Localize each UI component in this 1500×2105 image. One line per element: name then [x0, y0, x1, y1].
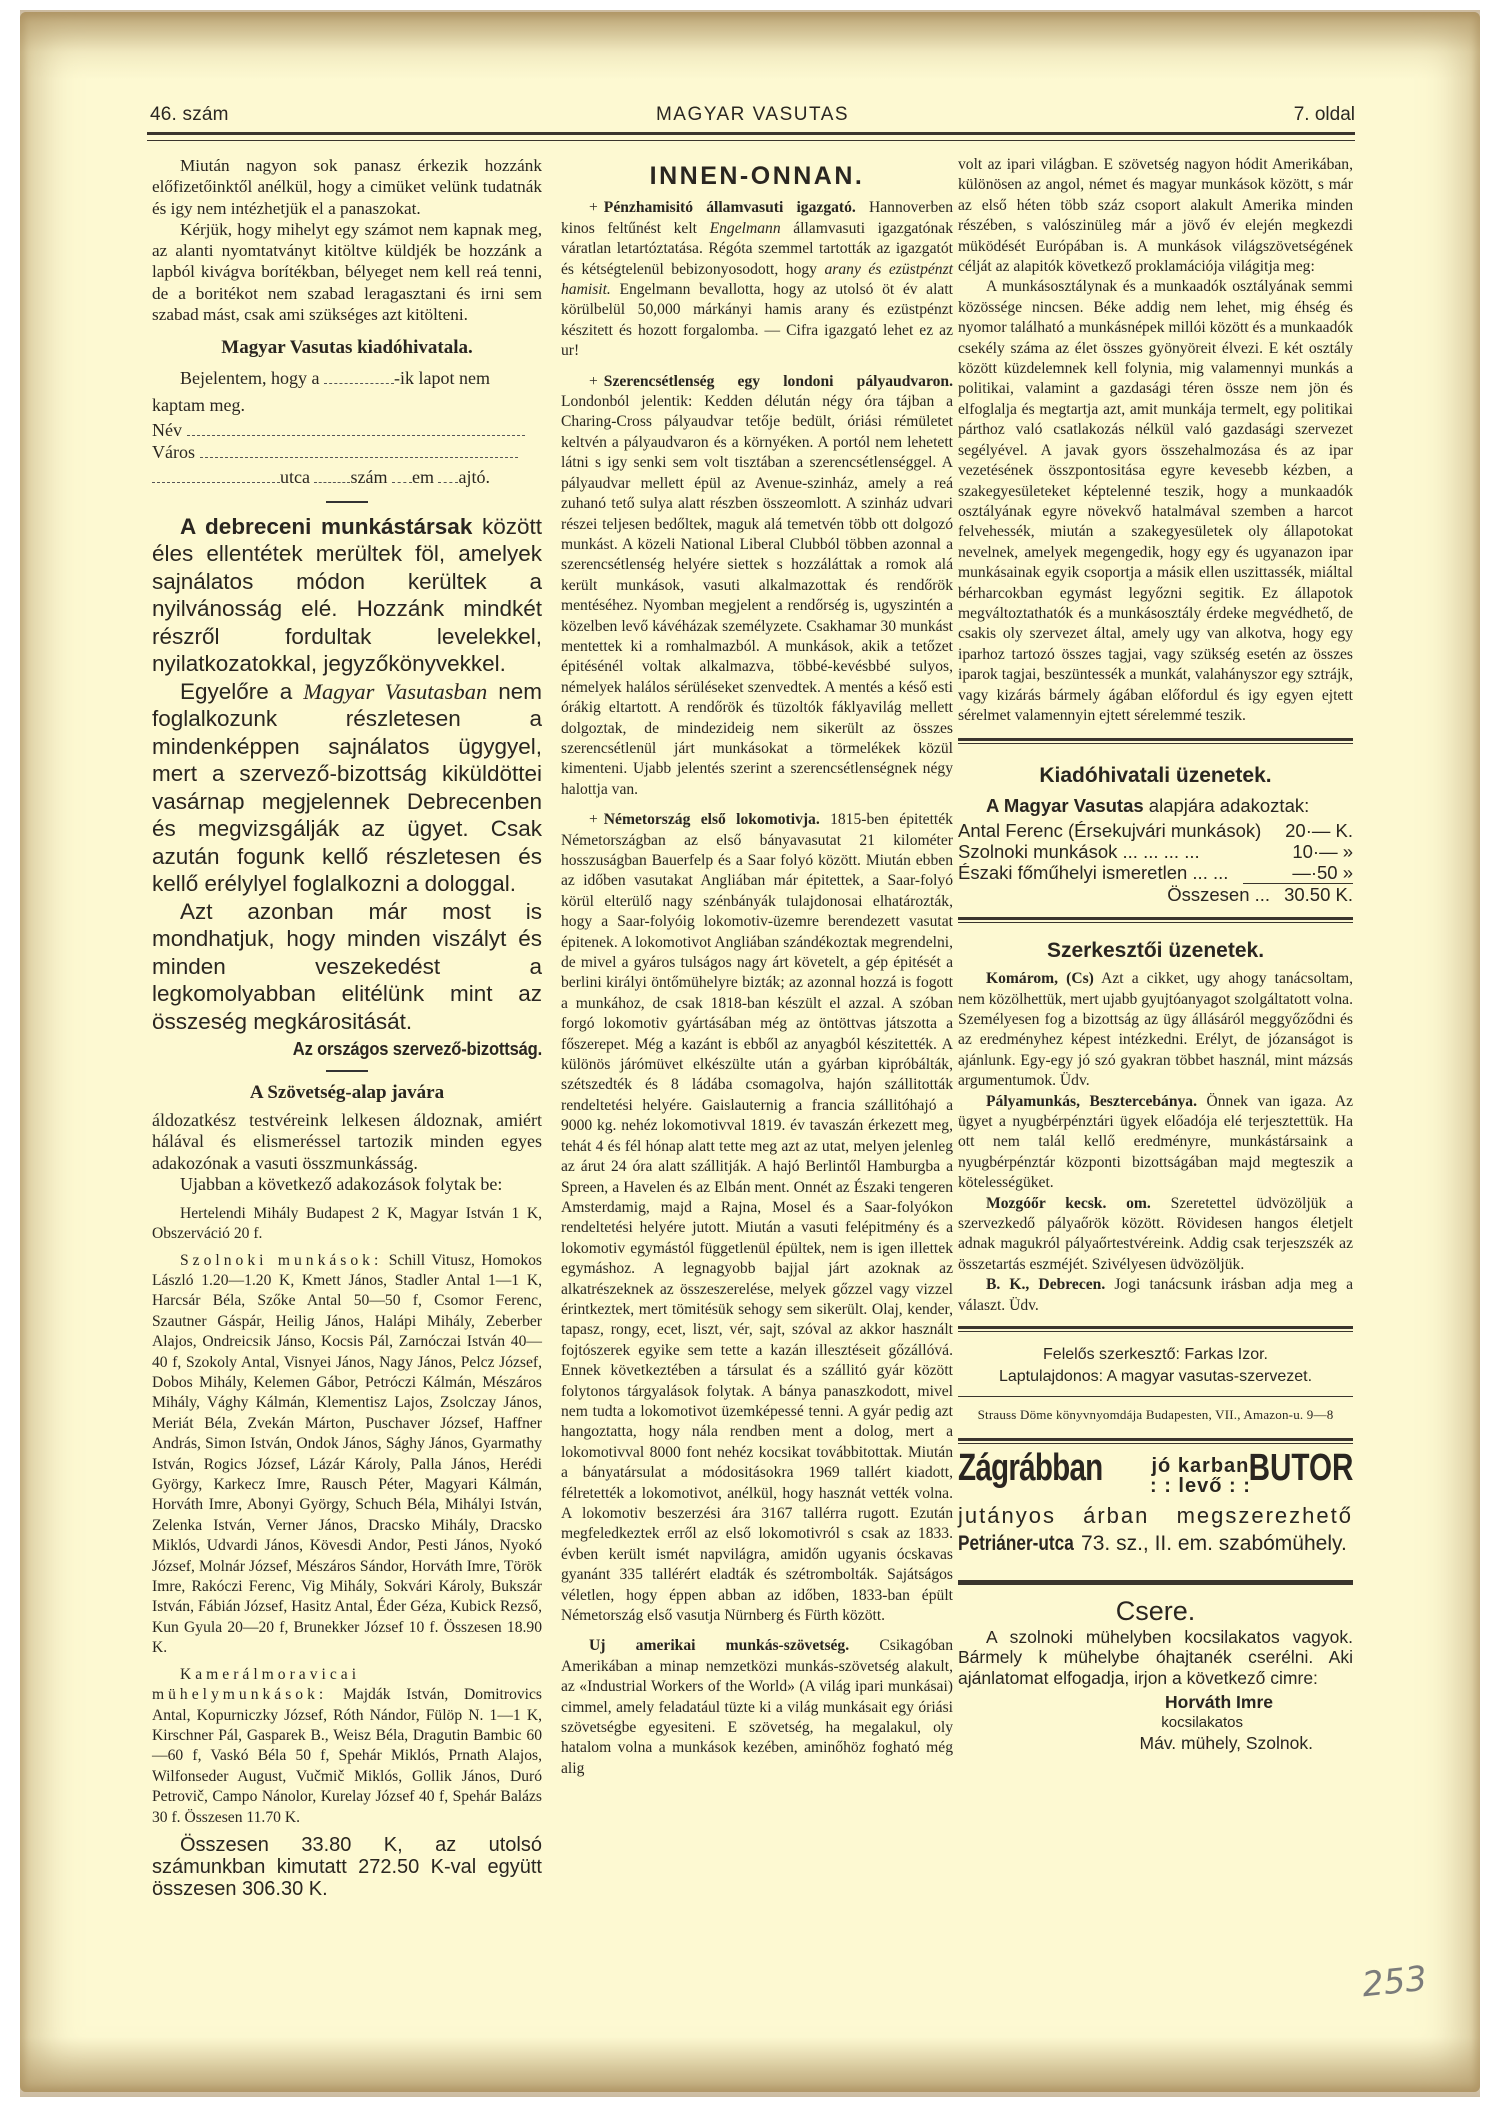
form-heading: Magyar Vasutas kiadóhivatala. — [152, 337, 542, 358]
publisher-messages-heading: Kiadóhivatali üzenetek. — [958, 766, 1353, 786]
separator — [326, 501, 368, 503]
ledger-total: 30.50 K. — [1284, 884, 1353, 905]
exchange-address: Máv. mühely, Szolnok. — [958, 1733, 1353, 1754]
section-rule — [958, 1438, 1353, 1444]
ledger-row: Szolnoki munkások ... ... ... ...10·— » — [958, 841, 1353, 862]
editor-message: Komárom, (Cs) Azt a cikket, ugy ahogy ta… — [958, 969, 1353, 1091]
archive-pencil-number: 253 — [1360, 1959, 1429, 2006]
ledger-row: Északi főműhelyi ismeretlen ... ...—·50 … — [958, 862, 1353, 883]
complaint-form: Bejelentem, hogy a -ik lapot nem kaptam … — [152, 365, 542, 491]
ad-rule — [958, 1580, 1353, 1585]
cross-icon: + — [589, 373, 598, 390]
fund-heading: A Szövetség-alap javára — [152, 1082, 542, 1103]
exchange-role: kocsilakatos — [958, 1713, 1353, 1734]
issue-blank — [324, 369, 394, 384]
ledger-row: Antal Ferenc (Érsekujvári munkások)20·— … — [958, 820, 1353, 841]
furniture-advertisement: Zágrábban jó karban: : levő : : BUTOR ju… — [958, 1458, 1353, 1568]
debrecen-article: A debreceni munkástársak között éles ell… — [152, 513, 542, 1036]
exchange-name: Horváth Imre — [958, 1692, 1353, 1713]
exchange-notice: A szolnoki mühelyben kocsilakatos vagyok… — [958, 1627, 1353, 1754]
article-london-accident: +Szerencsétlenség egy londoni pályaudvar… — [561, 372, 953, 801]
editor-message: Mozgóőr kecsk. om. Szeretettel üdvözöljü… — [958, 1194, 1353, 1276]
name-blank — [187, 421, 525, 436]
name-label: Név — [152, 420, 182, 440]
editor-messages-heading: Szerkesztői üzenetek. — [958, 941, 1353, 961]
article-first-locomotive: +Németország első lokomotivja. 1815-ben … — [561, 810, 953, 1626]
section-rule — [958, 1326, 1353, 1332]
article-iww: Uj amerikai munkás-szövetség. Csikagóban… — [561, 1636, 953, 1779]
exchange-heading: Csere. — [958, 1601, 1353, 1621]
cross-icon: + — [589, 199, 598, 216]
separator — [326, 1070, 368, 1072]
donation-list: Hertelendi Mihály Budapest 2 K, Magyar I… — [152, 1204, 542, 1828]
donation-ledger: A Magyar Vasutas alapjára adakoztak: Ant… — [958, 795, 1353, 905]
imprint: Felelős szerkesztő: Farkas Izor. Laptula… — [958, 1344, 1353, 1388]
subscriber-notice-p2: Kérjük, hogy mihelyt egy számot nem kapn… — [152, 219, 542, 325]
column-1: Miután nagyon sok panasz érkezik hozzánk… — [152, 155, 542, 1900]
article-counterfeiter: +Pénzhamisitó államvasuti igazgató. Hann… — [561, 198, 953, 361]
page-header: 46. szám MAGYAR VASUTAS 7. oldal — [150, 100, 1355, 134]
fund-intro: áldozatkész testvéreink lelkesen áldozna… — [152, 1110, 542, 1175]
subscriber-notice-p1: Miután nagyon sok panasz érkezik hozzánk… — [152, 155, 542, 219]
editor-message: Pályamunkás, Besztercebánya. Önnek van i… — [958, 1092, 1353, 1194]
iww-continuation: volt az ipari világban. E szövetség nagy… — [958, 155, 1353, 277]
section-rule — [958, 917, 1353, 923]
section-heading: INNEN-ONNAN. — [561, 166, 953, 186]
section-rule — [958, 738, 1353, 744]
city-label: Város — [152, 442, 195, 462]
page-number: 7. oldal — [1294, 104, 1355, 126]
fund-total: Összesen 33.80 K, az utolsó számunkban k… — [152, 1834, 542, 1900]
cross-icon: + — [589, 811, 598, 828]
committee-signature: Az országos szervező-bizottság. — [183, 1039, 542, 1060]
city-blank — [200, 443, 518, 458]
printer-credit: Strauss Döme könyvnyomdája Budapesten, V… — [958, 1405, 1353, 1425]
column-3: volt az ipari világban. E szövetség nagy… — [958, 155, 1353, 1754]
editor-message: B. K., Debrecen. Jogi tanácsunk irásban … — [958, 1275, 1353, 1316]
iww-proclamation: A munkásosztálynak és a munkaadók osztál… — [958, 277, 1353, 726]
column-2: INNEN-ONNAN. +Pénzhamisitó államvasuti i… — [561, 158, 953, 1779]
header-rule — [147, 132, 1355, 141]
editor-credit: Felelős szerkesztő: Farkas Izor. — [958, 1344, 1353, 1366]
paper-stain-top — [20, 10, 1480, 80]
paper-stain-bottom — [20, 2037, 1480, 2097]
owner-credit: Laptulajdonos: A magyar vasutas-szerveze… — [958, 1366, 1353, 1388]
editor-messages: Komárom, (Cs) Azt a cikket, ugy ahogy ta… — [958, 969, 1353, 1316]
masthead-title: MAGYAR VASUTAS — [150, 104, 1355, 126]
